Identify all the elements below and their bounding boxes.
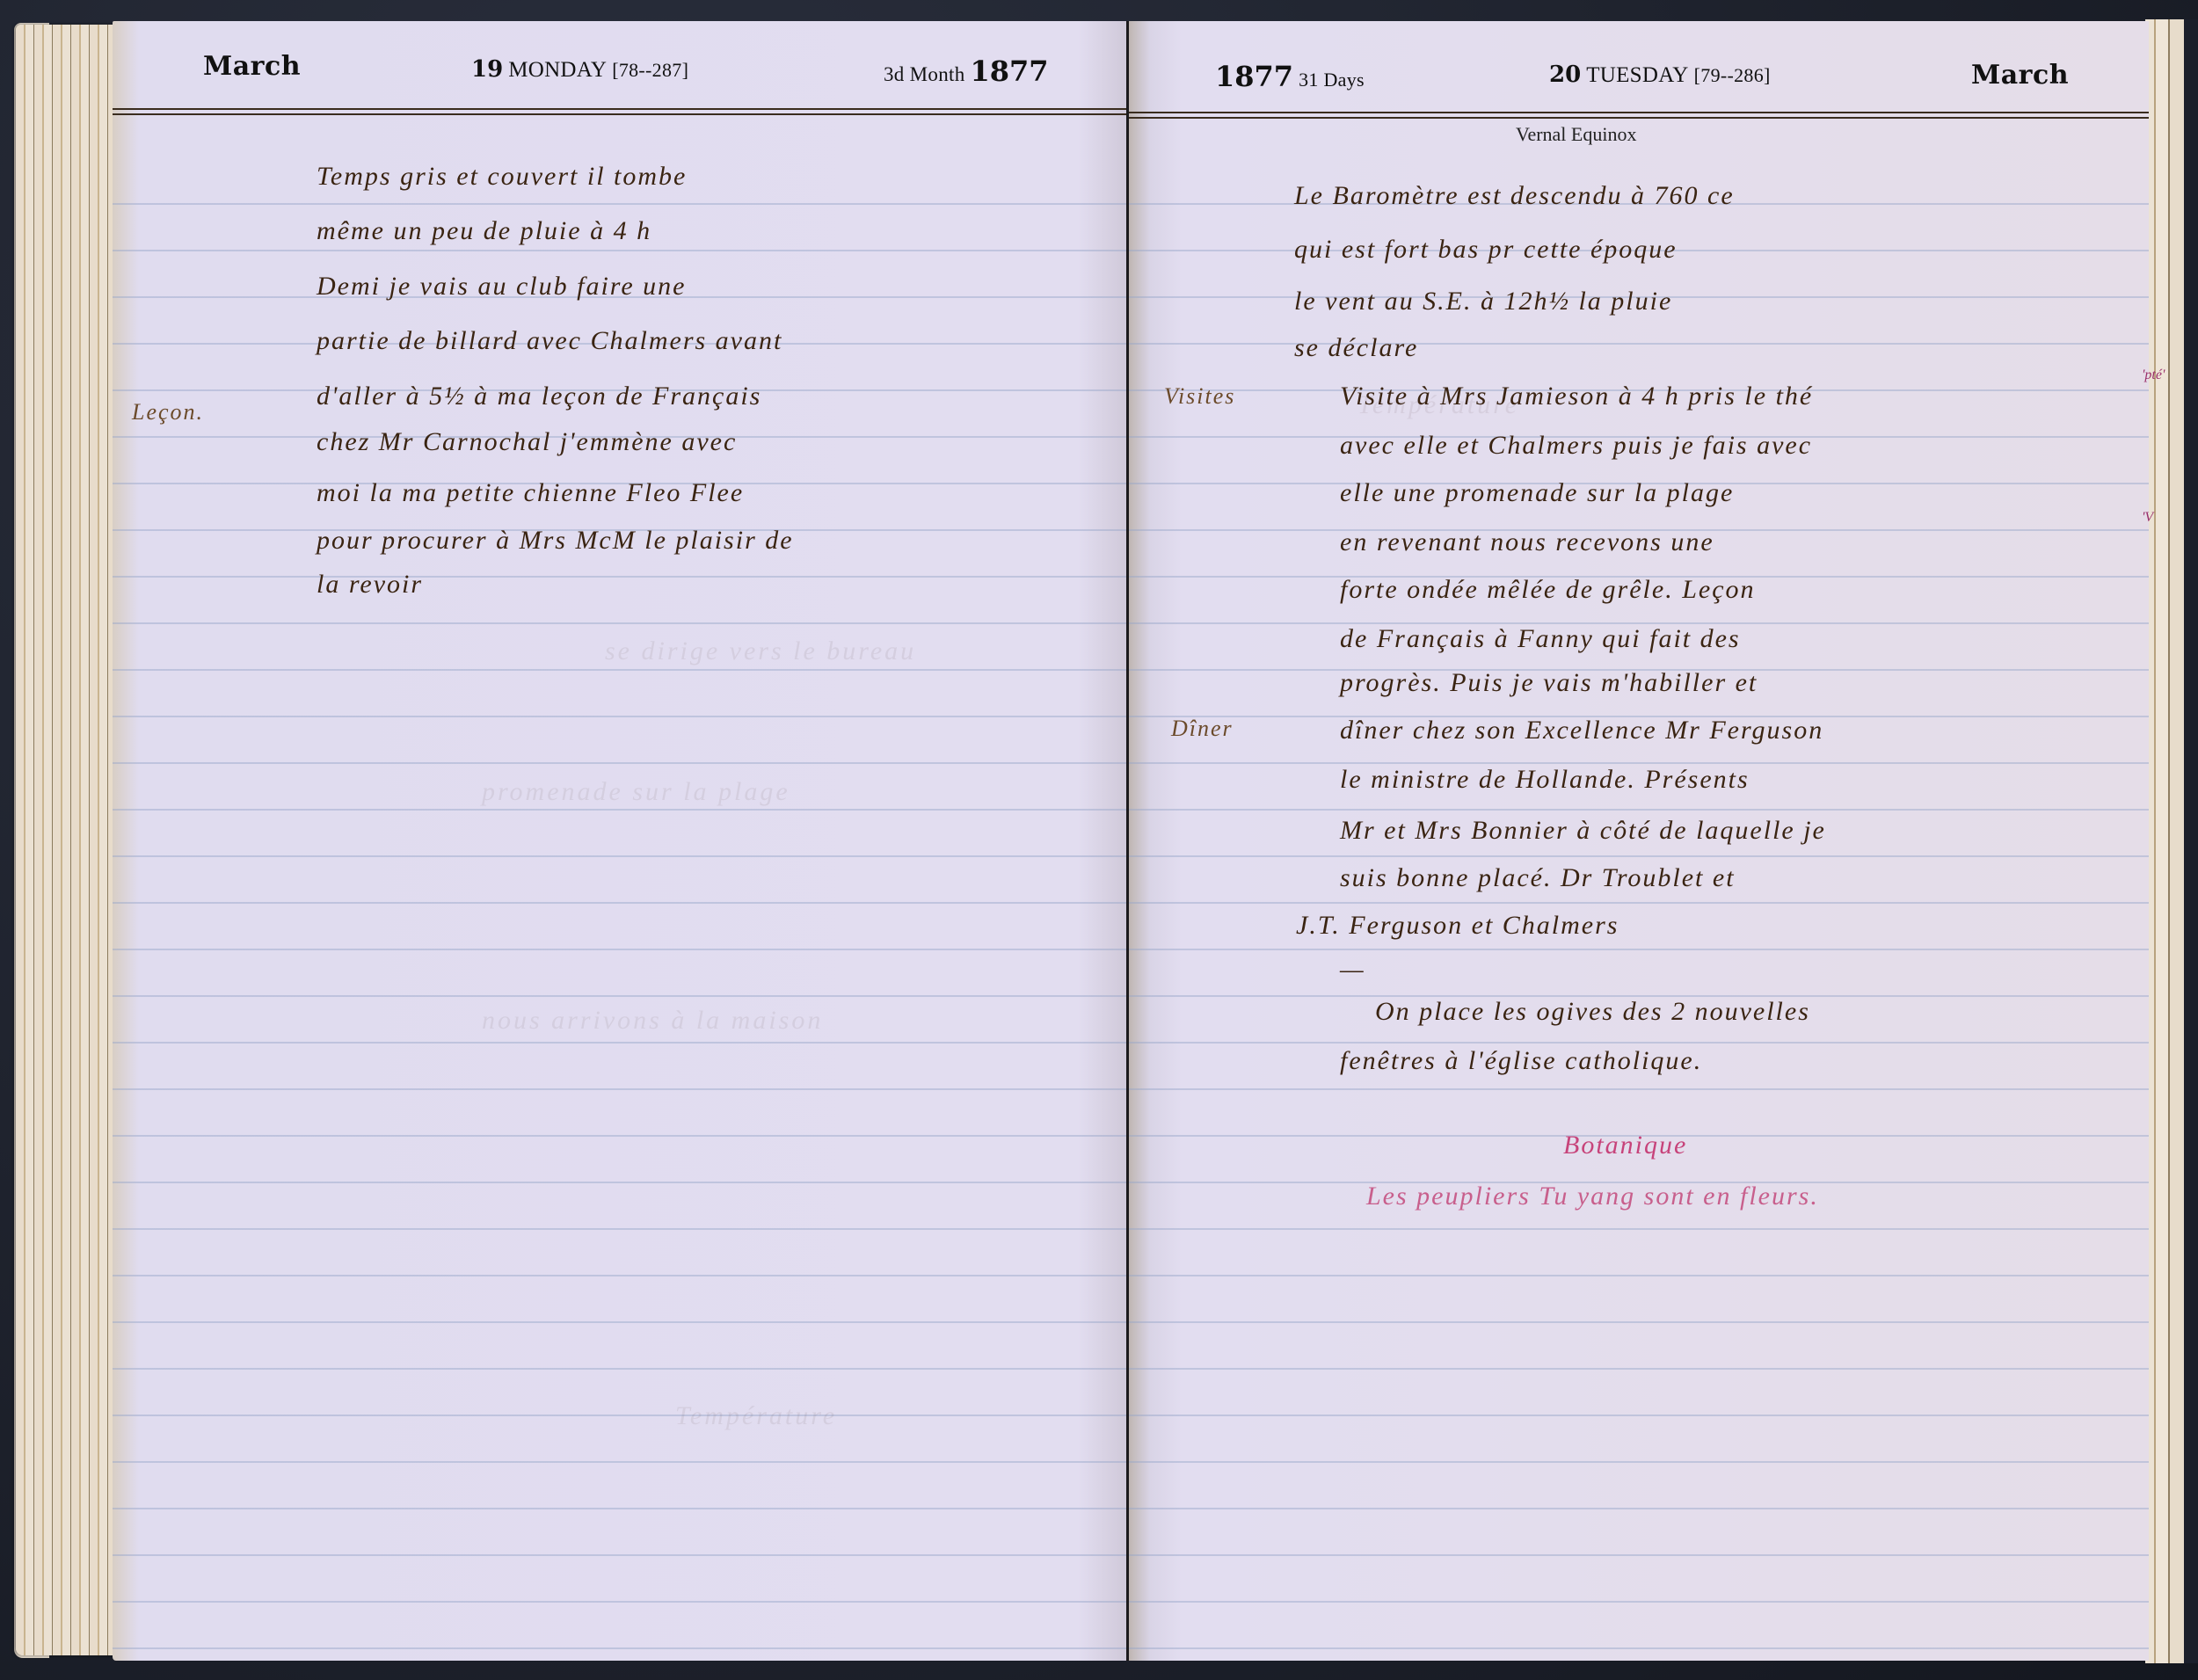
handwritten-line: le ministre de Hollande. Présents	[1340, 765, 1750, 795]
handwritten-line: le vent au S.E. à 12h½ la pluie	[1294, 287, 1672, 316]
handwritten-line: fenêtres à l'église catholique.	[1340, 1046, 1702, 1076]
month-label: March	[1971, 60, 2069, 91]
left-page-header: March 19 MONDAY [78--287] 3d Month 1877	[113, 21, 1129, 118]
handwritten-line: même un peu de pluie à 4 h	[317, 216, 651, 246]
month-label: March	[203, 51, 301, 82]
handwritten-line: partie de billard avec Chalmers avant	[317, 326, 782, 356]
vernal-equinox-note: Vernal Equinox	[1516, 123, 1636, 146]
show-through-text: promenade sur la plage	[482, 777, 790, 807]
margin-note: Leçon.	[132, 399, 204, 425]
handwritten-line: de Français à Fanny qui fait des	[1340, 624, 1741, 654]
handwritten-line: Temps gris et couvert il tombe	[317, 162, 687, 192]
right-page-edges	[2145, 19, 2198, 1663]
margin-note-diner: Dîner	[1171, 716, 1234, 742]
left-page: March 19 MONDAY [78--287] 3d Month 1877 …	[113, 21, 1129, 1661]
day-number: 19	[471, 56, 503, 83]
handwritten-line: pour procurer à Mrs McM le plaisir de	[317, 526, 794, 556]
date-heading: 20 TUESDAY [79--286]	[1549, 62, 1771, 88]
header-rule	[1129, 117, 2149, 119]
edge-ink-mark: 'pté'	[2142, 367, 2165, 383]
show-through-text: nous arrivons à la maison	[482, 1006, 823, 1036]
right-page: 1877 31 Days 20 TUESDAY [79--286] March …	[1129, 21, 2149, 1661]
handwritten-line: avec elle et Chalmers puis je fais avec	[1340, 431, 1812, 461]
year-days-heading: 1877 31 Days	[1215, 60, 1365, 93]
handwritten-line: la revoir	[317, 570, 423, 600]
right-page-header: 1877 31 Days 20 TUESDAY [79--286] March	[1129, 21, 2149, 118]
handwritten-line: se déclare	[1294, 333, 1418, 363]
month-year-heading: 3d Month 1877	[884, 55, 1049, 88]
show-through-text: se dirige vers le bureau	[605, 636, 916, 666]
day-count: [79--286]	[1694, 64, 1771, 86]
show-through-text: Température	[675, 1401, 837, 1431]
day-count: [78--287]	[612, 59, 688, 81]
header-rule	[113, 108, 1129, 110]
handwritten-line: On place les ogives des 2 nouvelles	[1375, 997, 1810, 1027]
handwritten-line: suis bonne placé. Dr Troublet et	[1340, 863, 1736, 893]
handwritten-dash: —	[1340, 955, 1365, 985]
handwritten-line: Le Baromètre est descendu à 760 ce	[1294, 181, 1735, 211]
handwritten-line: Demi je vais au club faire une	[317, 272, 686, 302]
year: 1877	[971, 55, 1049, 88]
handwritten-line: d'aller à 5½ à ma leçon de Français	[317, 382, 761, 411]
header-rule	[1129, 112, 2149, 113]
handwritten-line: J.T. Ferguson et Chalmers	[1296, 911, 1619, 941]
day-number: 20	[1549, 62, 1581, 88]
weekday: TUESDAY	[1586, 63, 1688, 87]
handwritten-line: moi la ma petite chienne Fleo Flee	[317, 478, 744, 508]
handwritten-line: en revenant nous recevons une	[1340, 527, 1714, 557]
handwritten-line: elle une promenade sur la plage	[1340, 478, 1734, 508]
handwritten-line: progrès. Puis je vais m'habiller et	[1340, 668, 1758, 698]
handwritten-line: Visite à Mrs Jamieson à 4 h pris le thé	[1340, 382, 1813, 411]
margin-note-visites: Visites	[1164, 383, 1235, 410]
edge-ink-mark: 'V	[2142, 510, 2153, 526]
handwritten-line: chez Mr Carnochal j'emmène avec	[317, 427, 737, 457]
handwritten-line: dîner chez son Excellence Mr Ferguson	[1340, 716, 1823, 745]
header-rule	[113, 113, 1129, 115]
handwritten-line: forte ondée mêlée de grêle. Leçon	[1340, 575, 1756, 605]
month-ordinal: 3d Month	[884, 63, 965, 85]
handwritten-line: qui est fort bas pr cette époque	[1294, 235, 1678, 265]
handwritten-line: Mr et Mrs Bonnier à côté de laquelle je	[1340, 816, 1826, 846]
date-heading: 19 MONDAY [78--287]	[471, 56, 688, 83]
days-in-month: 31 Days	[1299, 69, 1365, 91]
year: 1877	[1215, 60, 1293, 93]
weekday: MONDAY	[508, 58, 607, 82]
botanique-heading: Botanique	[1563, 1131, 1687, 1160]
botanique-note: Les peupliers Tu yang sont en fleurs.	[1366, 1182, 1819, 1211]
left-page-edges	[16, 25, 117, 1655]
